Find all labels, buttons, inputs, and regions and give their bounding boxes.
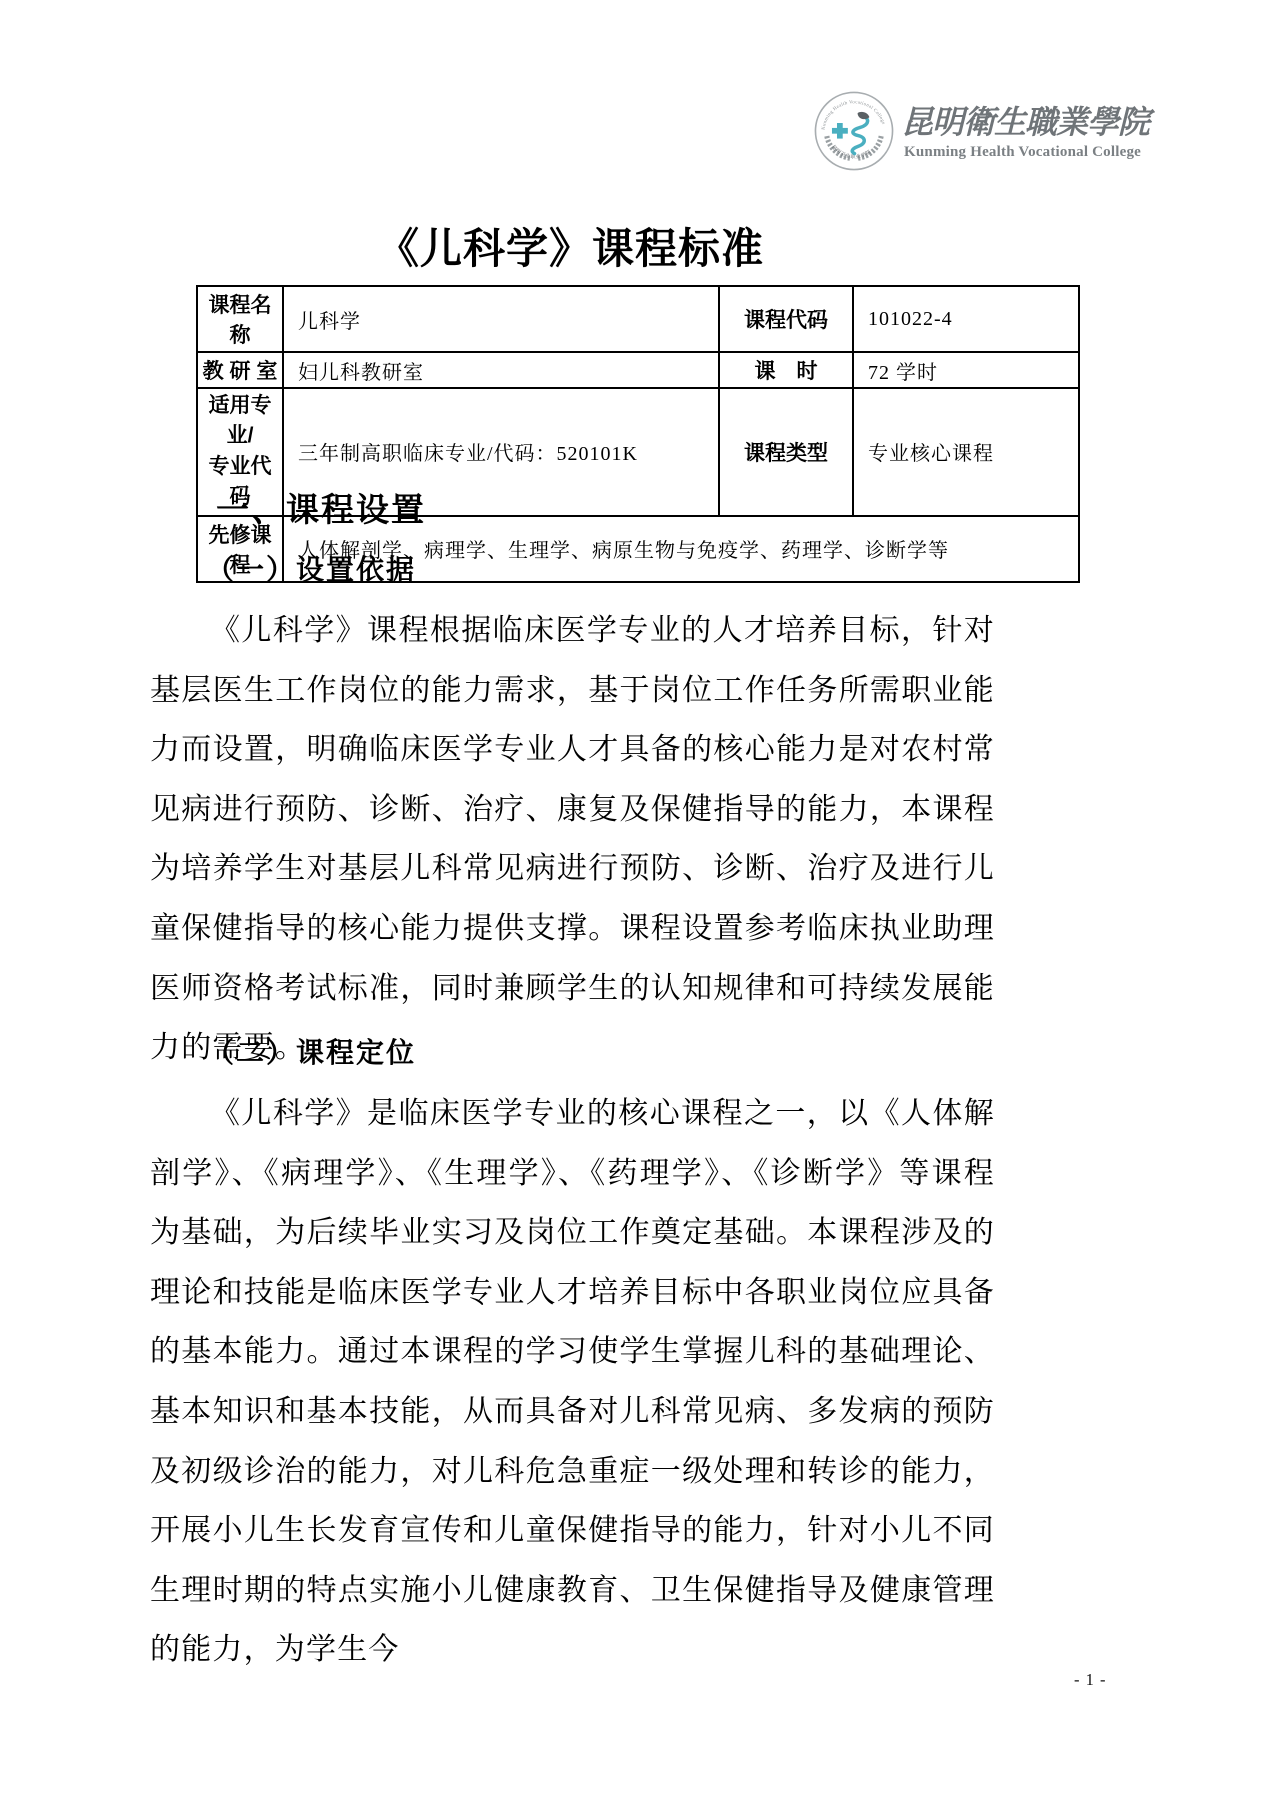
course-name-label: 课程名称 [197,286,283,352]
section-heading-course-setup: 一、课程设置 [216,484,426,531]
paragraph-position: 《儿科学》是临床医学专业的核心课程之一，以《人体解剖学》、《病理学》、《生理学》… [150,1084,995,1680]
college-seal-logo: Kunming Health Vocational College 昆明卫生职业… [813,90,895,172]
teaching-office-label: 教 研 室 [197,352,283,388]
college-name-calligraphy: 昆明衛生職業學院 [901,97,1151,143]
page-title: 《儿科学》课程标准 [150,216,991,276]
course-type-label: 课程类型 [719,388,853,516]
course-type-value: 专业核心课程 [853,388,1079,516]
table-row: 课程名称 儿科学 课程代码 101022-4 [197,286,1079,352]
course-info-table: 课程名称 儿科学 课程代码 101022-4 教 研 室 妇儿科教研室 课 时 … [196,285,1080,583]
document-page: Kunming Health Vocational College 昆明卫生职业… [0,0,1274,1801]
course-code-label: 课程代码 [719,286,853,352]
table-row: 教 研 室 妇儿科教研室 课 时 72 学时 [197,352,1079,388]
class-hours-value: 72 学时 [853,352,1079,388]
page-number: - 1 - [1074,1670,1107,1690]
teaching-office-value: 妇儿科教研室 [283,352,719,388]
subsection-heading-basis: （一）设置依据 [206,548,416,588]
class-hours-label: 课 时 [719,352,853,388]
course-code-value: 101022-4 [853,286,1079,352]
paragraph-basis: 《儿科学》课程根据临床医学专业的人才培养目标，针对基层医生工作岗位的能力需求，基… [150,601,995,1078]
college-name-english: Kunming Health Vocational College [904,144,1141,161]
course-name-value: 儿科学 [283,286,719,352]
subsection-heading-position: （二）课程定位 [206,1031,416,1071]
